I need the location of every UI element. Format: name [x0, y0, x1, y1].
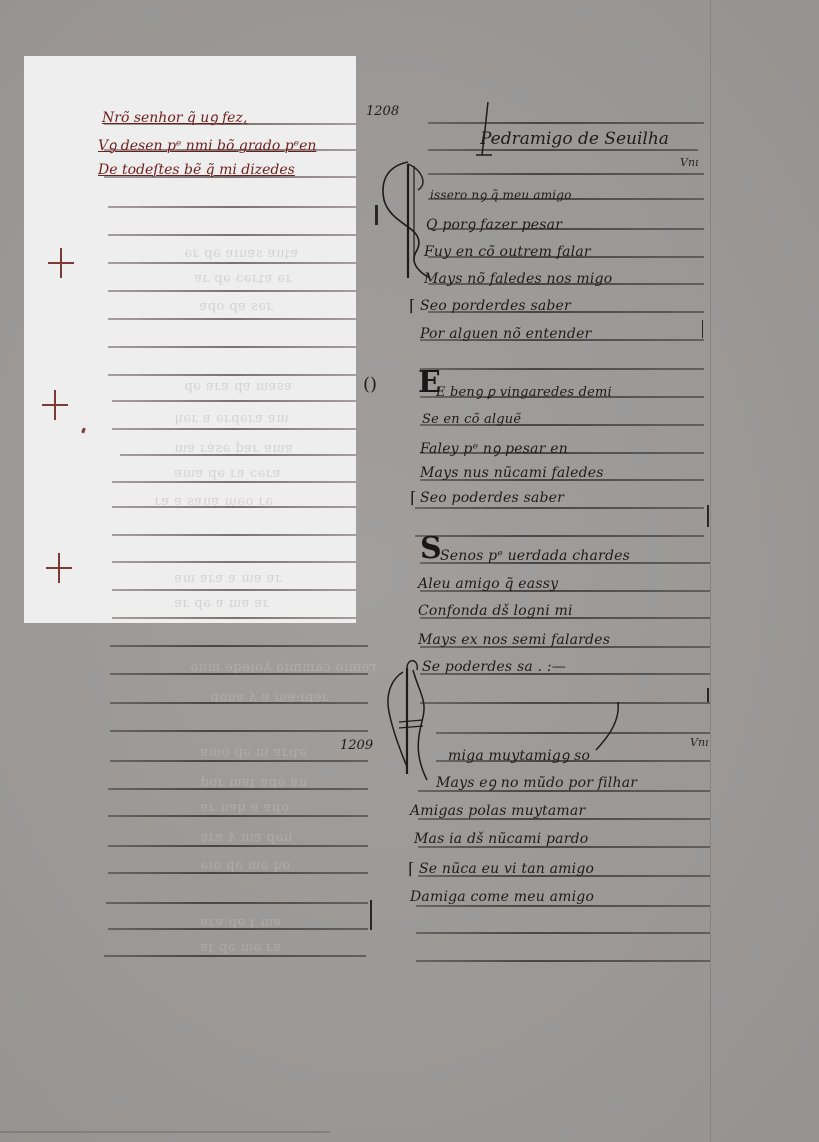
- ruling-line: [428, 122, 704, 124]
- ruling-line: [106, 902, 368, 904]
- bleed-through-text: ɐɹ ǝɯ ǝp ʇɐ: [200, 940, 281, 955]
- line-bracket: [375, 205, 378, 225]
- verse-line: Mas ia dš nũcami pardo: [414, 831, 588, 847]
- ruling-line: [108, 928, 368, 930]
- ruling-line: [108, 234, 356, 236]
- verse-line: Mays nõ faledes nos migo: [424, 271, 612, 287]
- ruling-line: [428, 173, 704, 175]
- bleed-through-text: ɹɐ ɐɯ ɐ ɐɹɐ ɯɐ: [174, 571, 282, 586]
- ruling-line: [112, 481, 356, 483]
- ruling-line: [110, 673, 368, 675]
- verse-line: Q porꝯ fazer pesar: [426, 215, 562, 234]
- bleed-through-text: ɐsɐɯ ɐp ɐɹɐ ǝp: [184, 379, 292, 394]
- annotation-text: De todeſtes bẽ q̃ mi dizedes: [98, 162, 295, 178]
- ruling-line: [415, 535, 704, 537]
- bleed-through-text: ɐʇuɐ sɐuıɐ ǝp ɹǝ: [184, 246, 298, 261]
- verse-line: Confonda dš logni mi: [418, 603, 573, 619]
- ruling-line: [104, 955, 366, 957]
- ruling-line: [108, 872, 368, 874]
- line-bracket: [707, 505, 709, 527]
- stanza-initial-s: S: [420, 534, 442, 564]
- ruling-line: [428, 149, 698, 151]
- bleed-through-text: ɯɐ ɐɹǝpɹǝ ɐ ɹǝɥ: [174, 411, 289, 426]
- ruling-line: [110, 645, 368, 647]
- ruling-line: [420, 702, 710, 704]
- ruling-line: [420, 368, 704, 370]
- section-marker: Vnı: [690, 736, 709, 749]
- verse-line: Faley pᵉ nꝯ pesar en: [420, 439, 568, 458]
- verse-line: E benꝯ ꝑ vingaredes demi: [436, 382, 612, 400]
- verse-line: Amigas polas muytamar: [410, 803, 585, 819]
- ruling-line: [108, 815, 368, 817]
- annotation-text: Nrõ senhor q̃ uꝯ fez,: [102, 110, 247, 126]
- paragraph-mark: ⌈: [409, 296, 415, 315]
- manuscript-page: remio cammio ⅄oıeqe muo ɹepı·ɐɯ ɐ ʎ ɐuop…: [0, 0, 819, 1142]
- ruling-line: [112, 506, 356, 508]
- page-bottom-edge: [0, 1131, 330, 1133]
- ruling-line: [112, 534, 356, 536]
- annotation-line: Vꝯ desen pᵉ nmi bõ grado pᵉen: [98, 136, 316, 155]
- ruling-line: [112, 617, 356, 619]
- ruling-line: [108, 318, 356, 320]
- ruling-line: [112, 561, 356, 563]
- bleed-through-text: ɹɐ ɐɯ ɐ ǝp ɹɐ: [174, 596, 269, 611]
- ruling-line: [110, 730, 368, 732]
- ruling-line: [108, 374, 356, 376]
- page-edge: [710, 0, 711, 1142]
- ruling-line: [108, 845, 368, 847]
- verse-line: Aleu amigo q̃ eassy: [418, 576, 558, 592]
- verse-line: Seo porderdes saber: [420, 298, 571, 314]
- verse-line: Por alguen nõ entender: [420, 326, 591, 342]
- ruling-line: [416, 960, 710, 962]
- verse-line: Fuy en cõ outrem falar: [424, 244, 591, 260]
- ruling-line: [108, 290, 356, 292]
- annotation-line: De todeſtes bẽ q̃ mi dizedes: [98, 162, 295, 178]
- decorated-initial-a: [383, 662, 443, 792]
- ruling-line: [108, 206, 356, 208]
- annotation-line: Nrõ senhor q̃ uꝯ fez,: [102, 108, 247, 127]
- margin-cross-mark: [48, 248, 74, 278]
- verse-line: Se poderdes sa . :—: [422, 659, 566, 675]
- folio-number: 1209: [340, 738, 373, 753]
- line-bracket: [702, 320, 703, 338]
- bleed-through-text: ɐɹǝɔ ɐɹ ǝp ɐɯɐ: [174, 466, 281, 481]
- ruling-line: [416, 905, 710, 907]
- folio-number: 1208: [366, 104, 399, 119]
- margin-cross-mark: [42, 390, 68, 420]
- paragraph-mark: ⌈: [410, 488, 416, 507]
- bleed-through-text: ɹǝ ɐʇɹǝɔ ǝp ɹɐ: [194, 271, 292, 286]
- bleed-through-text: oɥ ǝɯ ǝp oıǝ: [200, 858, 290, 873]
- bleed-through-text: ǝʇıɹɐ ɯ ǝp oɯɐ: [200, 745, 307, 760]
- ruling-line: [110, 702, 368, 704]
- margin-parenthesis-mark: (): [363, 374, 377, 395]
- section-marker: Vnı: [680, 156, 699, 169]
- verse-line: Se en cõ alguẽ: [422, 412, 521, 427]
- ruling-line: [120, 454, 356, 456]
- verse-line: miga muytamigꝯ so: [448, 746, 590, 765]
- bleed-through-text: uǝp ɐɯ ʎ ɐɹɐ: [200, 830, 292, 845]
- ruling-line: [415, 507, 704, 509]
- margin-cross-mark: [46, 553, 72, 583]
- margin-tick-mark: [81, 428, 86, 434]
- verse-line: Damiga come meu amigo: [410, 889, 594, 905]
- verse-line: Seo poderdes saber: [420, 490, 564, 506]
- annotation-overlay: ɐʇuɐ sɐuıɐ ǝp ɹǝ ɹǝ ɐʇɹǝɔ ǝp ɹɐ ɹǝs ɐp o…: [24, 56, 356, 623]
- verse-line: Mays ex nos semi falardes: [418, 632, 610, 648]
- verse-line: Se nũca eu vi tan amigo: [419, 861, 594, 877]
- paragraph-mark: ⌈: [408, 859, 414, 878]
- annotation-text: Vꝯ desen pᵉ nmi bõ grado pᵉen: [98, 138, 316, 154]
- ruling-line: [108, 788, 368, 790]
- bleed-through-text: ɹǝs ɐp opɐ: [199, 299, 273, 314]
- verse-line: Mays eꝯ no mũdo por filhar: [436, 773, 637, 792]
- author-heading: Pedramigo de Seuilha: [480, 129, 669, 149]
- verse-line: Mays nus nũcami faledes: [420, 465, 604, 481]
- verse-line: Senos pᵉ uerdada chardes: [440, 548, 630, 564]
- ruling-line: [110, 760, 368, 762]
- ruling-line: [436, 732, 710, 734]
- line-bracket: [370, 900, 372, 930]
- ruling-line: [108, 346, 356, 348]
- bleed-through-text: opɐ ɐ ɥɐu ɹɐ: [200, 800, 289, 815]
- ruling-line: [416, 932, 710, 934]
- line-bracket: [707, 688, 709, 702]
- ruling-line: [112, 400, 356, 402]
- margin-flourish: [590, 700, 630, 760]
- ruling-line: [112, 428, 356, 430]
- ruling-line: [112, 589, 356, 591]
- verse-line: issero nꝯ q̃ meu amigo: [430, 186, 572, 203]
- ruling-line: [108, 262, 356, 264]
